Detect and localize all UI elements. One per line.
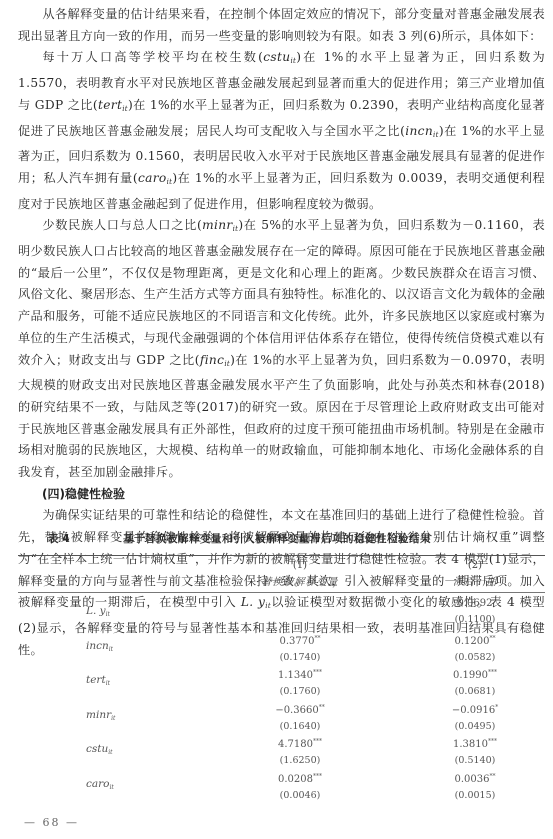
standard-error: (0.1100) — [400, 612, 550, 628]
paragraphs-before: 从各解释变量的估计结果来看，在控制个体固定效应的情况下，部分变量对普惠金融发展表… — [18, 4, 545, 484]
cell-model-1: 0.0208***(0.0046) — [225, 769, 375, 804]
coefficient: 4.7180 — [278, 739, 313, 750]
section-heading: (四)稳健性检验 — [18, 484, 545, 506]
standard-error: (0.0495) — [400, 719, 550, 735]
row-variable: L. yit — [86, 605, 110, 618]
standard-error: (0.0582) — [400, 650, 550, 666]
column-number: (2) — [395, 557, 553, 574]
column-header-1: (1) 替换被解释变量 — [220, 557, 380, 591]
cell-model-1: 4.7180***(1.6250) — [225, 734, 375, 769]
standard-error: (0.5140) — [400, 753, 550, 769]
coefficient: 1.3810 — [453, 739, 488, 750]
significance-stars: *** — [313, 773, 322, 780]
coefficient: 0.1200 — [455, 636, 490, 647]
table-row: minrit−0.3660**(0.1640)−0.0916*(0.0495) — [18, 700, 545, 734]
cell-model-2: −0.0916*(0.0495) — [400, 700, 550, 735]
variable-symbol: cstuit — [263, 50, 296, 64]
table-row: tertit1.1340***(0.1760)0.1990***(0.0681) — [18, 665, 545, 699]
page-number: — 68 — — [24, 816, 79, 829]
coefficient: −0.0916 — [452, 705, 495, 716]
coefficient: 0.0692 — [458, 598, 493, 609]
variable-symbol: minrit — [202, 218, 238, 232]
paragraph: 从各解释变量的估计结果来看，在控制个体固定效应的情况下，部分变量对普惠金融发展表… — [18, 4, 545, 47]
table-top-rule — [18, 555, 545, 556]
row-variable: tertit — [86, 674, 110, 687]
table-title: 基于替换被解释变量和引入被解释变量滞后项的稳健性检验结果 — [123, 531, 431, 546]
cell-model-1: 1.1340***(0.1760) — [225, 665, 375, 700]
variable-symbol: caroit — [138, 171, 172, 185]
row-variable: caroit — [86, 778, 114, 791]
cell-model-2: 0.1990***(0.0681) — [400, 665, 550, 700]
significance-stars: *** — [488, 669, 497, 676]
column-number: (1) — [220, 557, 380, 574]
row-variable: minrit — [86, 709, 115, 722]
coefficient: 1.1340 — [278, 670, 313, 681]
standard-error: (0.1740) — [225, 650, 375, 666]
row-variable: cstuit — [86, 743, 113, 756]
table-label: 表 4 — [48, 531, 69, 546]
standard-error: (0.0015) — [400, 788, 550, 804]
standard-error: (0.0046) — [225, 788, 375, 804]
variable-symbol: tertit — [98, 98, 128, 112]
variable-symbol: incnit — [405, 124, 439, 138]
standard-error: (0.1640) — [225, 719, 375, 735]
column-name: 替换被解释变量 — [220, 574, 380, 591]
significance-stars: *** — [488, 738, 497, 745]
coefficient: 0.0036 — [455, 774, 490, 785]
significance-stars: ** — [315, 635, 321, 642]
cell-model-1: 0.3770**(0.1740) — [225, 631, 375, 666]
cell-model-2: 0.0036**(0.0015) — [400, 769, 550, 804]
coefficient: −0.3660 — [275, 705, 318, 716]
significance-stars: * — [495, 704, 498, 711]
table-header-rule — [18, 592, 545, 593]
standard-error: (0.0681) — [400, 684, 550, 700]
standard-error: (1.6250) — [225, 753, 375, 769]
cell-model-2: 0.0692(0.1100) — [400, 596, 550, 628]
variable-symbol: fincit — [200, 353, 230, 367]
coefficient: 0.3770 — [280, 636, 315, 647]
column-header-2: (2) 滞后一期 — [395, 557, 553, 591]
table-row: incnit0.3770**(0.1740)0.1200**(0.0582) — [18, 631, 545, 665]
cell-model-2: 0.1200**(0.0582) — [400, 631, 550, 666]
row-variable: incnit — [86, 640, 113, 653]
significance-stars: *** — [313, 738, 322, 745]
significance-stars: *** — [313, 669, 322, 676]
coefficient: 0.1990 — [453, 670, 488, 681]
coefficient: 0.0208 — [278, 774, 313, 785]
cell-model-2: 1.3810***(0.5140) — [400, 734, 550, 769]
table-row: cstuit4.7180***(1.6250)1.3810***(0.5140) — [18, 734, 545, 768]
significance-stars: ** — [319, 704, 325, 711]
significance-stars: ** — [490, 773, 496, 780]
standard-error: (0.1760) — [225, 684, 375, 700]
column-name: 滞后一期 — [395, 574, 553, 591]
paragraph: 少数民族人口与总人口之比(minrit)在 5%的水平上显著为负，回归系数为－0… — [18, 215, 545, 483]
cell-model-1: −0.3660**(0.1640) — [225, 700, 375, 735]
paragraph: 每十万人口高等学校平均在校生数(cstuit)在 1%的水平上显著为正，回归系数… — [18, 47, 545, 215]
significance-stars: ** — [490, 635, 496, 642]
table-caption: 表 4 基于替换被解释变量和引入被解释变量滞后项的稳健性检验结果 — [18, 531, 545, 547]
table-row: caroit0.0208***(0.0046)0.0036**(0.0015) — [18, 769, 545, 803]
table-row: L. yit0.0692(0.1100) — [18, 596, 545, 630]
